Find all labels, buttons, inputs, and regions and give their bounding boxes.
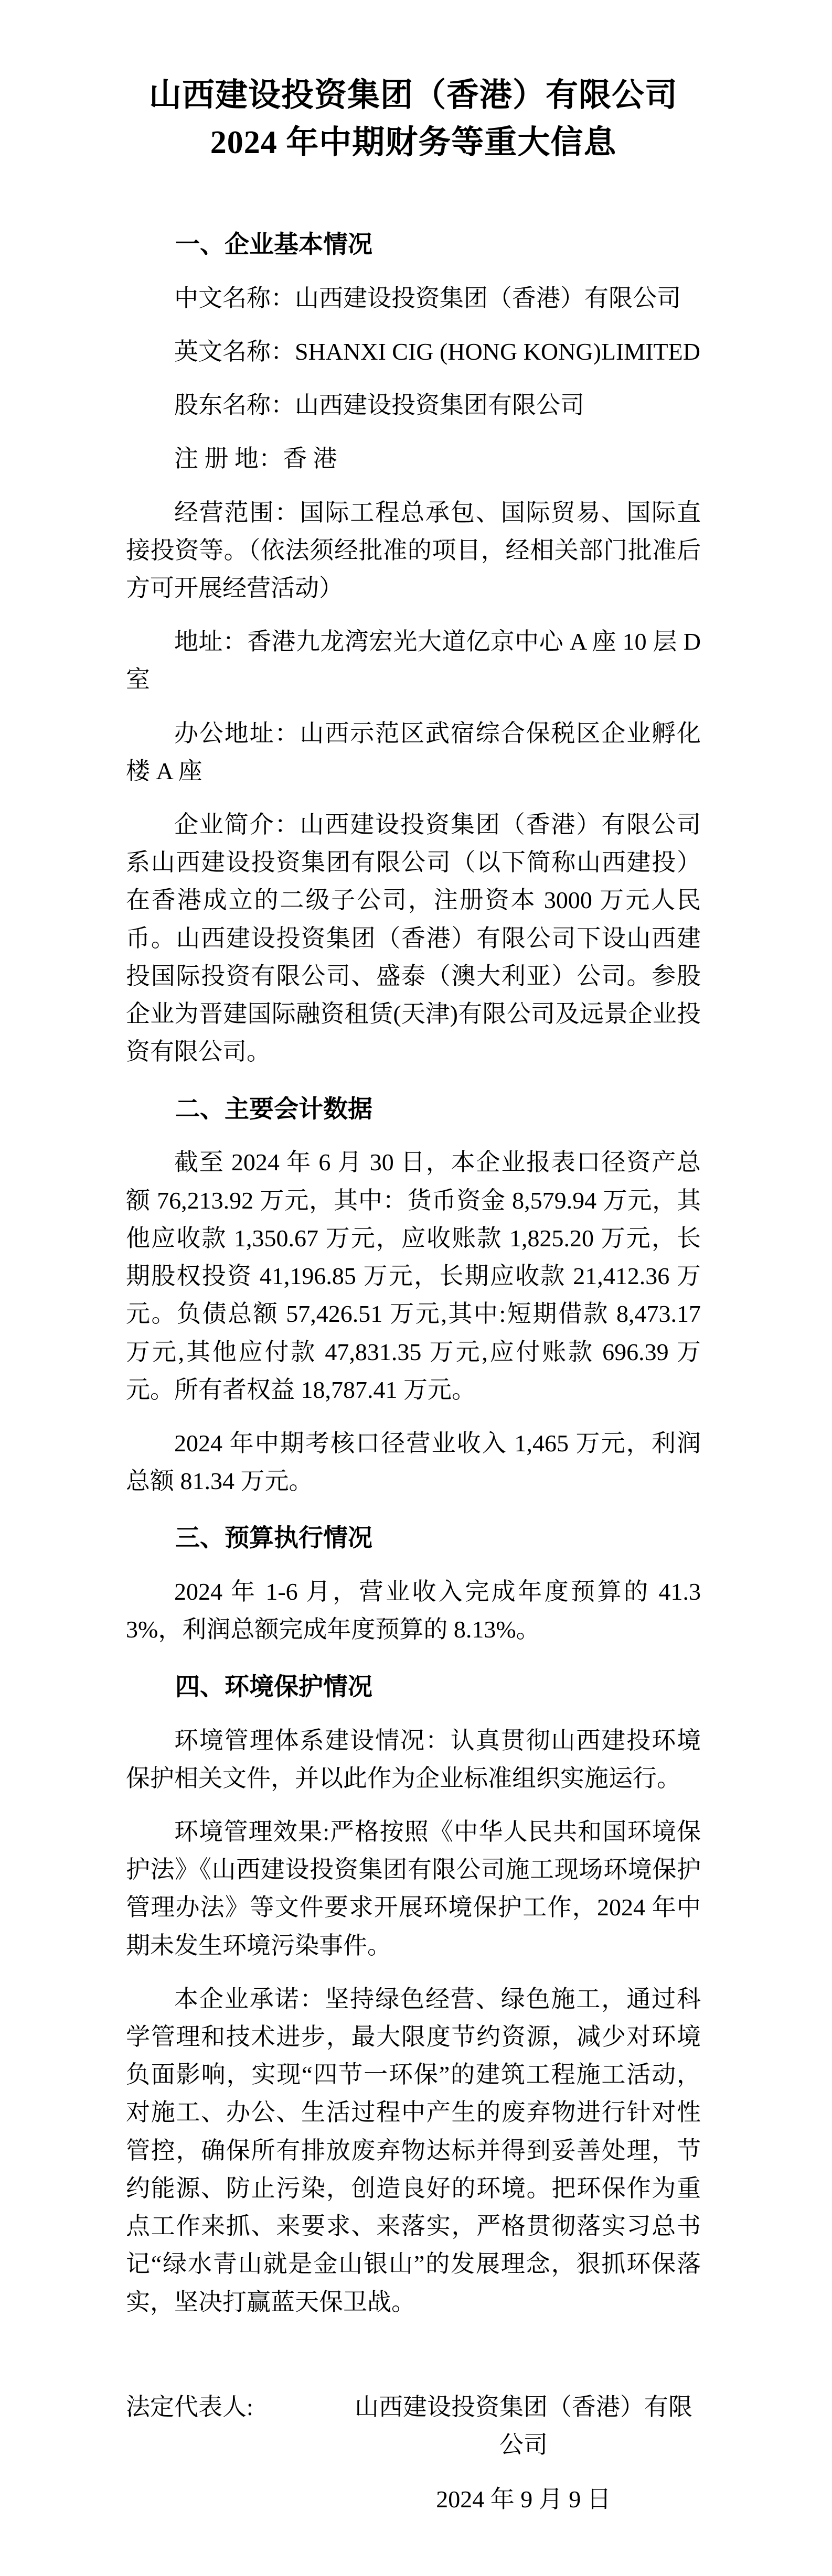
para-budget-completion: 2024 年 1-6 月，营业收入完成年度预算的 41.33%，利润总额完成年度… xyxy=(126,1573,701,1648)
document-page: 山西建设投资集团（香港）有限公司 2024 年中期财务等重大信息 一、企业基本情… xyxy=(0,0,832,2576)
para-address: 地址：香港九龙湾宏光大道亿京中心 A 座 10 层 D 室 xyxy=(126,623,701,698)
section-heading-accounting-data: 二、主要会计数据 xyxy=(126,1090,701,1128)
para-balance-sheet-data: 截至 2024 年 6 月 30 日，本企业报表口径资产总额 76,213.92… xyxy=(126,1144,701,1409)
para-interim-revenue-profit: 2024 年中期考核口径营业收入 1,465 万元，利润总额 81.34 万元。 xyxy=(126,1425,701,1500)
para-english-name: 英文名称：SHANXI CIG (HONG KONG)LIMITED xyxy=(126,333,701,371)
para-env-management-system: 环境管理体系建设情况：认真贯彻山西建投环境保护相关文件，并以此作为企业标准组织实… xyxy=(126,1722,701,1797)
para-business-scope: 经营范围：国际工程总承包、国际贸易、国际直接投资等。（依法须经批准的项目，经相关… xyxy=(126,494,701,608)
para-office-address: 办公地址：山西示范区武宿综合保税区企业孵化楼 A 座 xyxy=(126,715,701,790)
document-title-line-2: 2024 年中期财务等重大信息 xyxy=(126,120,701,167)
para-chinese-name: 中文名称：山西建设投资集团（香港）有限公司 xyxy=(126,279,701,317)
section-heading-basic-info: 一、企业基本情况 xyxy=(126,225,701,264)
legal-representative-label: 法定代表人: xyxy=(126,2388,346,2426)
document-title-line-1: 山西建设投资集团（香港）有限公司 xyxy=(126,72,701,120)
para-registered-place: 注 册 地：香 港 xyxy=(126,440,701,478)
signature-company-name: 山西建设投资集团（香港）有限公司 xyxy=(346,2388,701,2464)
signature-right-column: 山西建设投资集团（香港）有限公司 2024 年 9 月 9 日 xyxy=(346,2388,701,2519)
para-company-profile: 企业简介：山西建设投资集团（香港）有限公司系山西建设投资集团有限公司（以下简称山… xyxy=(126,806,701,1071)
section-heading-environment: 四、环境保护情况 xyxy=(126,1668,701,1706)
para-env-commitment: 本企业承诺：坚持绿色经营、绿色施工，通过科学管理和技术进步，最大限度节约资源，减… xyxy=(126,1980,701,2321)
document-title: 山西建设投资集团（香港）有限公司 2024 年中期财务等重大信息 xyxy=(126,72,701,167)
signature-date: 2024 年 9 月 9 日 xyxy=(346,2481,701,2518)
para-shareholder-name: 股东名称：山西建设投资集团有限公司 xyxy=(126,386,701,424)
signature-block: 法定代表人: 山西建设投资集团（香港）有限公司 2024 年 9 月 9 日 xyxy=(126,2388,701,2519)
section-heading-budget-execution: 三、预算执行情况 xyxy=(126,1519,701,1557)
para-env-management-effect: 环境管理效果:严格按照《中华人民共和国环境保护法》《山西建设投资集团有限公司施工… xyxy=(126,1813,701,1965)
